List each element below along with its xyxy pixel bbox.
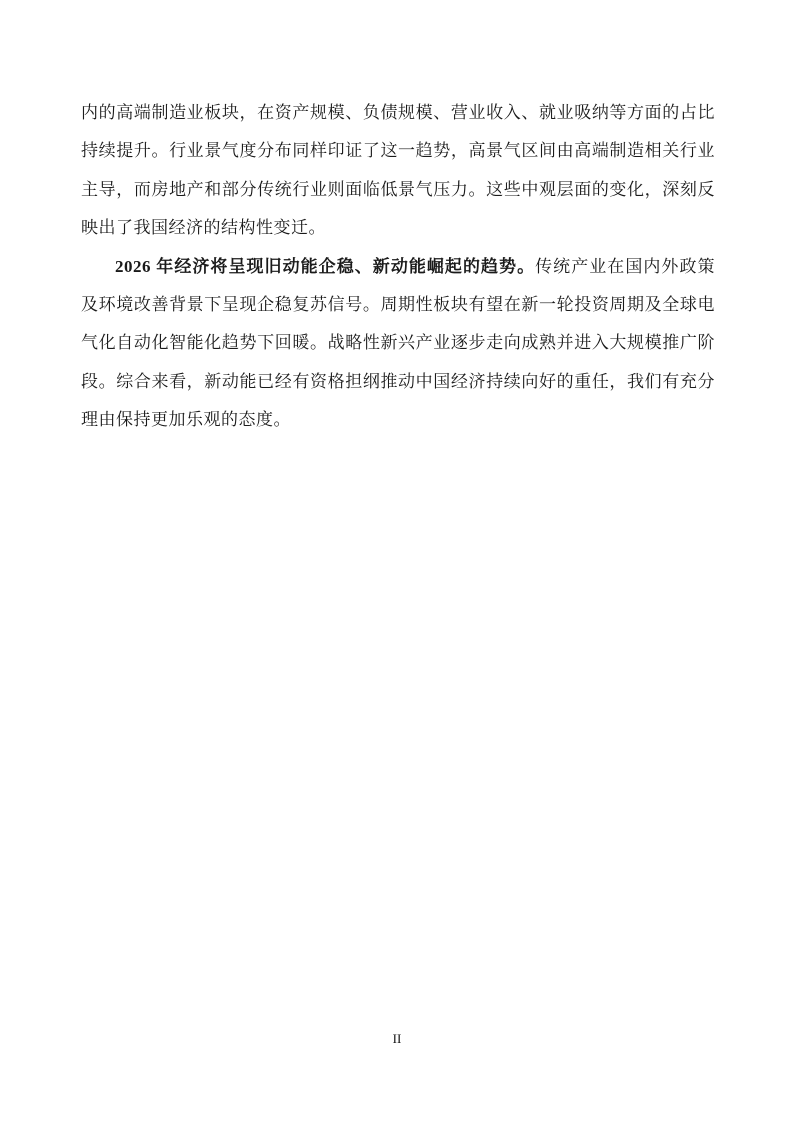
page-footer: II [0,1030,794,1048]
paragraph-2026-outlook-text: 传统产业在国内外政策及环境改善背景下呈现企稳复苏信号。周期性板块有望在新一轮投资… [81,257,715,430]
paragraph-structural-change-text: 内的高端制造业板块，在资产规模、负债规模、营业收入、就业吸纳等方面的占比持续提升… [81,103,715,237]
paragraph-2026-outlook: 2026 年经济将呈现旧动能企稳、新动能崛起的趋势。传统产业在国内外政策及环境改… [81,248,715,440]
paragraph-2026-outlook-lead: 2026 年经济将呈现旧动能企稳、新动能崛起的趋势。 [115,257,535,276]
page-number: II [393,1031,402,1046]
paragraph-structural-change: 内的高端制造业板块，在资产规模、负债规模、营业收入、就业吸纳等方面的占比持续提升… [81,94,715,248]
document-body: 内的高端制造业板块，在资产规模、负债规模、营业收入、就业吸纳等方面的占比持续提升… [81,94,715,440]
document-page: 内的高端制造业板块，在资产规模、负债规模、营业收入、就业吸纳等方面的占比持续提升… [0,0,794,1123]
